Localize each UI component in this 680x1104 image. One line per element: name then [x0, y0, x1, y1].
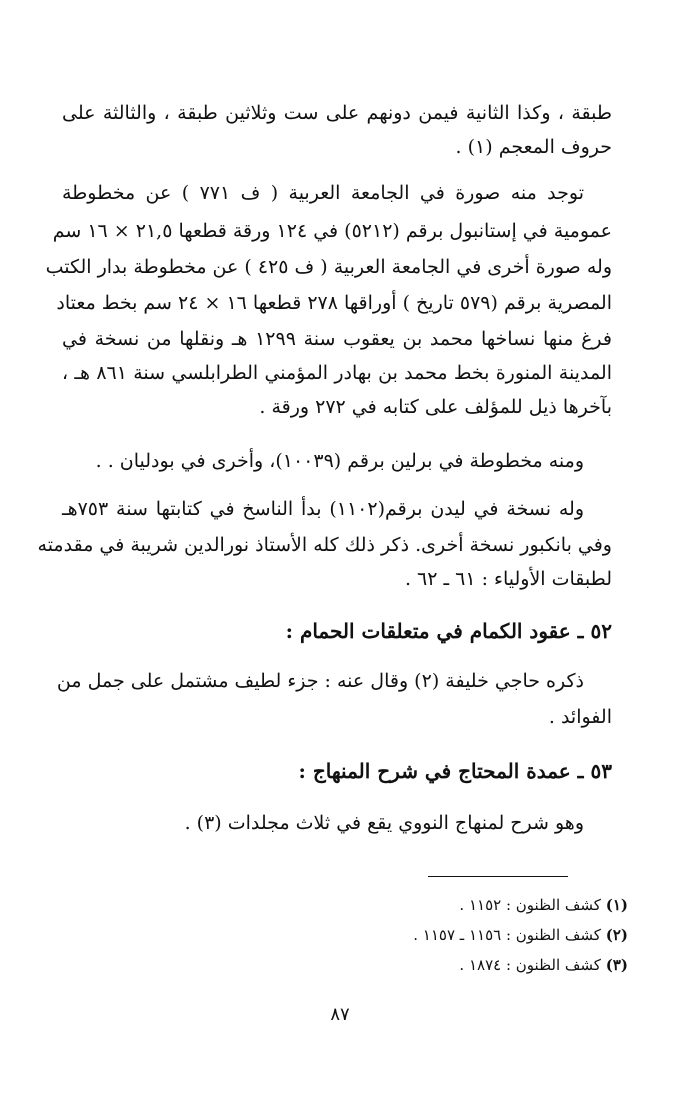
footnote-text: كشف الظنون : ١٨٧٤ . [459, 956, 601, 974]
footnote-marker: (٢) [606, 926, 628, 944]
entry-heading-53: ٥٣ ـ عمدة المحتاج في شرح المنهاج : [62, 754, 612, 788]
text-line: ومنه مخطوطة في برلين برقم (١٠٠٣٩)، وأخرى… [62, 444, 584, 478]
text-line: المصرية برقم (٥٧٩ تاريخ ) أوراقها ٢٧٨ قط… [62, 286, 612, 320]
text-line: بآخرها ذيل للمؤلف على كتابه في ٢٧٢ ورقة … [62, 390, 612, 424]
footnote-3: (٣) كشف الظنون : ١٨٧٤ . [459, 950, 628, 980]
footnote-marker: (١) [606, 896, 628, 914]
text-line: وفي بانكبور نسخة أخرى. ذكر ذلك كله الأست… [62, 528, 612, 562]
book-page: طبقة ، وكذا الثانية فيمن دونهم على ست وث… [0, 0, 680, 1104]
footnote-marker: (٣) [606, 956, 628, 974]
text-line: ذكره حاجي خليفة (٢) وقال عنه : جزء لطيف … [62, 664, 584, 698]
footnote-1: (١) كشف الظنون : ١١٥٢ . [459, 890, 628, 920]
entry-heading-52: ٥٢ ـ عقود الكمام في متعلقات الحمام : [62, 614, 612, 648]
footnote-text: كشف الظنون : ١١٥٦ ـ ١١٥٧ . [413, 926, 601, 944]
text-line: توجد منه صورة في الجامعة العربية ( ف ٧٧١… [62, 176, 584, 210]
footnote-2: (٢) كشف الظنون : ١١٥٦ ـ ١١٥٧ . [413, 920, 628, 950]
text-line: وله نسخة في ليدن برقم(١١٠٢) بدأ الناسخ ف… [62, 492, 584, 526]
text-line: المدينة المنورة بخط محمد بن بهادر المؤمن… [62, 356, 612, 390]
text-line: وله صورة أخرى في الجامعة العربية ( ف ٤٢٥… [62, 250, 612, 284]
text-line: حروف المعجم (١) . [62, 130, 612, 164]
text-line: طبقة ، وكذا الثانية فيمن دونهم على ست وث… [62, 96, 612, 130]
text-line: عمومية في إستانبول برقم (٥٢١٢) في ١٢٤ ور… [62, 214, 612, 248]
text-line: وهو شرح لمنهاج النووي يقع في ثلاث مجلدات… [62, 806, 584, 840]
footnote-text: كشف الظنون : ١١٥٢ . [459, 896, 601, 914]
page-number: ٨٧ [0, 1004, 680, 1025]
text-line: لطبقات الأولياء : ٦١ ـ ٦٢ . [62, 562, 612, 596]
footnote-separator [428, 876, 568, 877]
text-line: فرغ منها نساخها محمد بن يعقوب سنة ١٢٩٩ ه… [62, 322, 612, 356]
text-line: الفوائد . [62, 700, 612, 734]
